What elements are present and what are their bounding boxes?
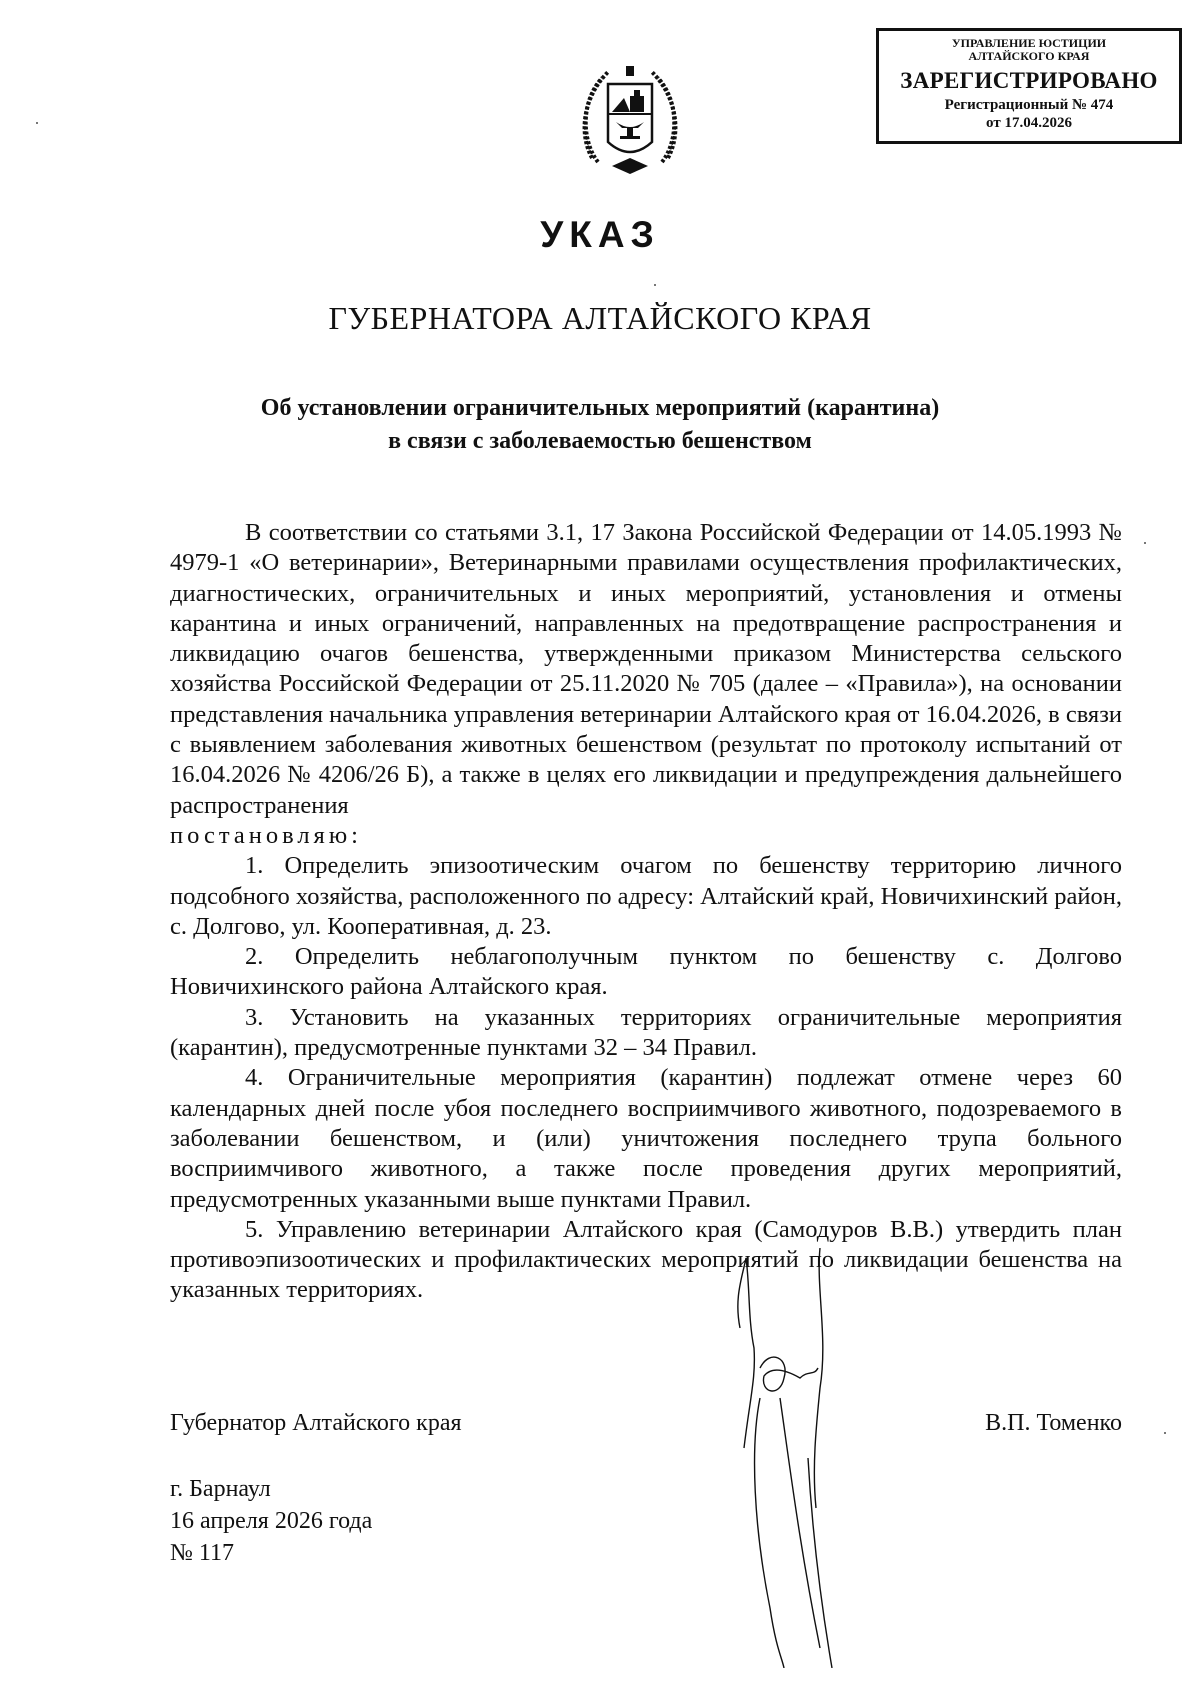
handwritten-signature-icon — [720, 1248, 840, 1668]
decree-item-4: 4. Ограничительные мероприятия (карантин… — [170, 1063, 1122, 1214]
scan-speck — [1144, 542, 1146, 544]
scan-speck — [36, 122, 38, 124]
issue-details: г. Барнаул 16 апреля 2026 года № 117 — [170, 1473, 372, 1569]
signatory-name: В.П. Томенко — [985, 1410, 1122, 1437]
heading-line-2: в связи с заболеваемостью бешенством — [0, 425, 1200, 458]
stamp-reg-date: от 17.04.2026 — [879, 114, 1179, 132]
decree-item-3: 3. Установить на указанных территориях о… — [170, 1003, 1122, 1064]
document-issuer: ГУБЕРНАТОРА АЛТАЙСКОГО КРАЯ — [0, 300, 1200, 337]
stamp-reg-number: Регистрационный № 474 — [879, 96, 1179, 114]
stamp-agency-line2: АЛТАЙСКОГО КРАЯ — [879, 50, 1179, 63]
document-heading: Об установлении ограничительных мероприя… — [0, 392, 1200, 458]
scan-speck — [654, 284, 656, 286]
altai-krai-coat-of-arms-icon — [578, 62, 682, 178]
issue-date: 16 апреля 2026 года — [170, 1505, 372, 1537]
decree-number: № 117 — [170, 1537, 372, 1569]
heading-line-1: Об установлении ограничительных мероприя… — [0, 392, 1200, 425]
stamp-status: ЗАРЕГИСТРИРОВАНО — [879, 66, 1179, 96]
scan-speck — [1164, 1432, 1166, 1434]
preamble-paragraph: В соответствии со статьями 3.1, 17 Закон… — [170, 518, 1122, 821]
registration-stamp: УПРАВЛЕНИЕ ЮСТИЦИИ АЛТАЙСКОГО КРАЯ ЗАРЕГ… — [876, 28, 1182, 144]
signatory-position: Губернатор Алтайского края — [170, 1410, 462, 1437]
decree-word: постановляю: — [170, 821, 1122, 851]
decree-item-2: 2. Определить неблагополучным пунктом по… — [170, 942, 1122, 1003]
document-type-title: УКАЗ — [0, 214, 1200, 256]
document-body: В соответствии со статьями 3.1, 17 Закон… — [170, 518, 1122, 1306]
decree-item-1: 1. Определить эпизоотическим очагом по б… — [170, 851, 1122, 942]
decree-item-5: 5. Управлению ветеринарии Алтайского кра… — [170, 1215, 1122, 1306]
issue-city: г. Барнаул — [170, 1473, 372, 1505]
